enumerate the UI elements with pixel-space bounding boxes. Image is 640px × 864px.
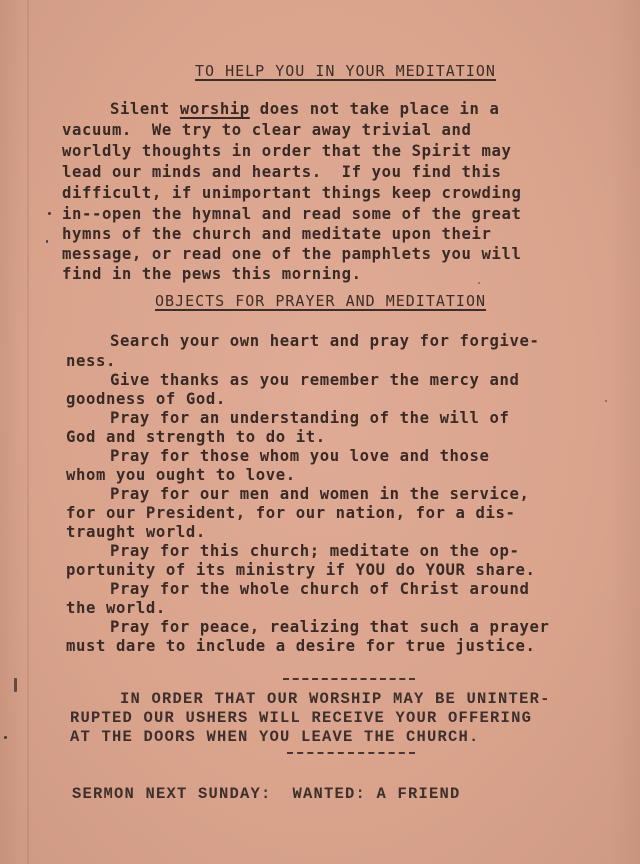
prayer-line: Search your own heart and pray for forgi… (70, 332, 539, 351)
underlined-word-worship: worship (180, 100, 250, 118)
ink-speck (48, 212, 51, 215)
ink-speck (478, 282, 480, 284)
section-heading: OBJECTS FOR PRAYER AND MEDITATION (155, 292, 486, 311)
typewritten-page: TO HELP YOU IN YOUR MEDITATION Silent wo… (0, 0, 640, 864)
intro-line-2: vacuum. We try to clear away trivial and (62, 121, 472, 140)
intro-line-9: find in the pews this morning. (62, 265, 362, 284)
ink-mark (14, 678, 17, 692)
intro-line-1-start: Silent (70, 100, 180, 118)
prayer-line: must dare to include a desire for true j… (66, 637, 535, 656)
ink-speck (4, 736, 7, 739)
divider-bottom (287, 752, 415, 754)
ink-speck (46, 240, 48, 243)
offering-line-2: RUPTED OUR USHERS WILL RECEIVE YOUR OFFE… (70, 709, 532, 728)
intro-line-8: message, or read one of the pamphlets yo… (62, 245, 521, 264)
prayer-line: Give thanks as you remember the mercy an… (70, 371, 519, 390)
intro-line-7: hymns of the church and meditate upon th… (62, 225, 492, 244)
document-title: TO HELP YOU IN YOUR MEDITATION (195, 62, 496, 81)
prayer-line: Pray for peace, realizing that such a pr… (70, 618, 549, 637)
prayer-line: Pray for those whom you love and those (70, 447, 490, 466)
prayer-line: God and strength to do it. (66, 428, 326, 447)
prayer-line: for our President, for our nation, for a… (66, 504, 515, 523)
prayer-line: traught world. (66, 523, 206, 542)
prayer-line: Pray for this church; meditate on the op… (70, 542, 519, 561)
prayer-line: goodness of God. (66, 390, 226, 409)
offering-line-3: AT THE DOORS WHEN YOU LEAVE THE CHURCH. (70, 728, 480, 747)
paper-fold-crease (27, 0, 29, 864)
intro-line-1: Silent worship does not take place in a (70, 100, 500, 119)
prayer-line: Pray for our men and women in the servic… (70, 485, 529, 504)
intro-line-5: difficult, if unimportant things keep cr… (62, 184, 521, 203)
offering-line-1: IN ORDER THAT OUR WORSHIP MAY BE UNINTER… (78, 690, 551, 709)
prayer-line: Pray for an understanding of the will of (70, 409, 509, 428)
intro-line-1-end: does not take place in a (250, 100, 500, 118)
intro-line-6: in--open the hymnal and read some of the… (62, 205, 521, 224)
intro-line-3: worldly thoughts in order that the Spiri… (62, 142, 511, 161)
divider-top (283, 678, 415, 680)
ink-speck (605, 400, 607, 402)
prayer-line: Pray for the whole church of Christ arou… (70, 580, 529, 599)
prayer-line: portunity of its ministry if YOU do YOUR… (66, 561, 535, 580)
prayer-line: whom you ought to love. (66, 466, 296, 485)
prayer-line: ness. (66, 352, 116, 371)
sermon-notice: SERMON NEXT SUNDAY: WANTED: A FRIEND (72, 785, 461, 804)
prayer-line: the world. (66, 599, 166, 618)
intro-line-4: lead our minds and hearts. If you find t… (62, 163, 501, 182)
